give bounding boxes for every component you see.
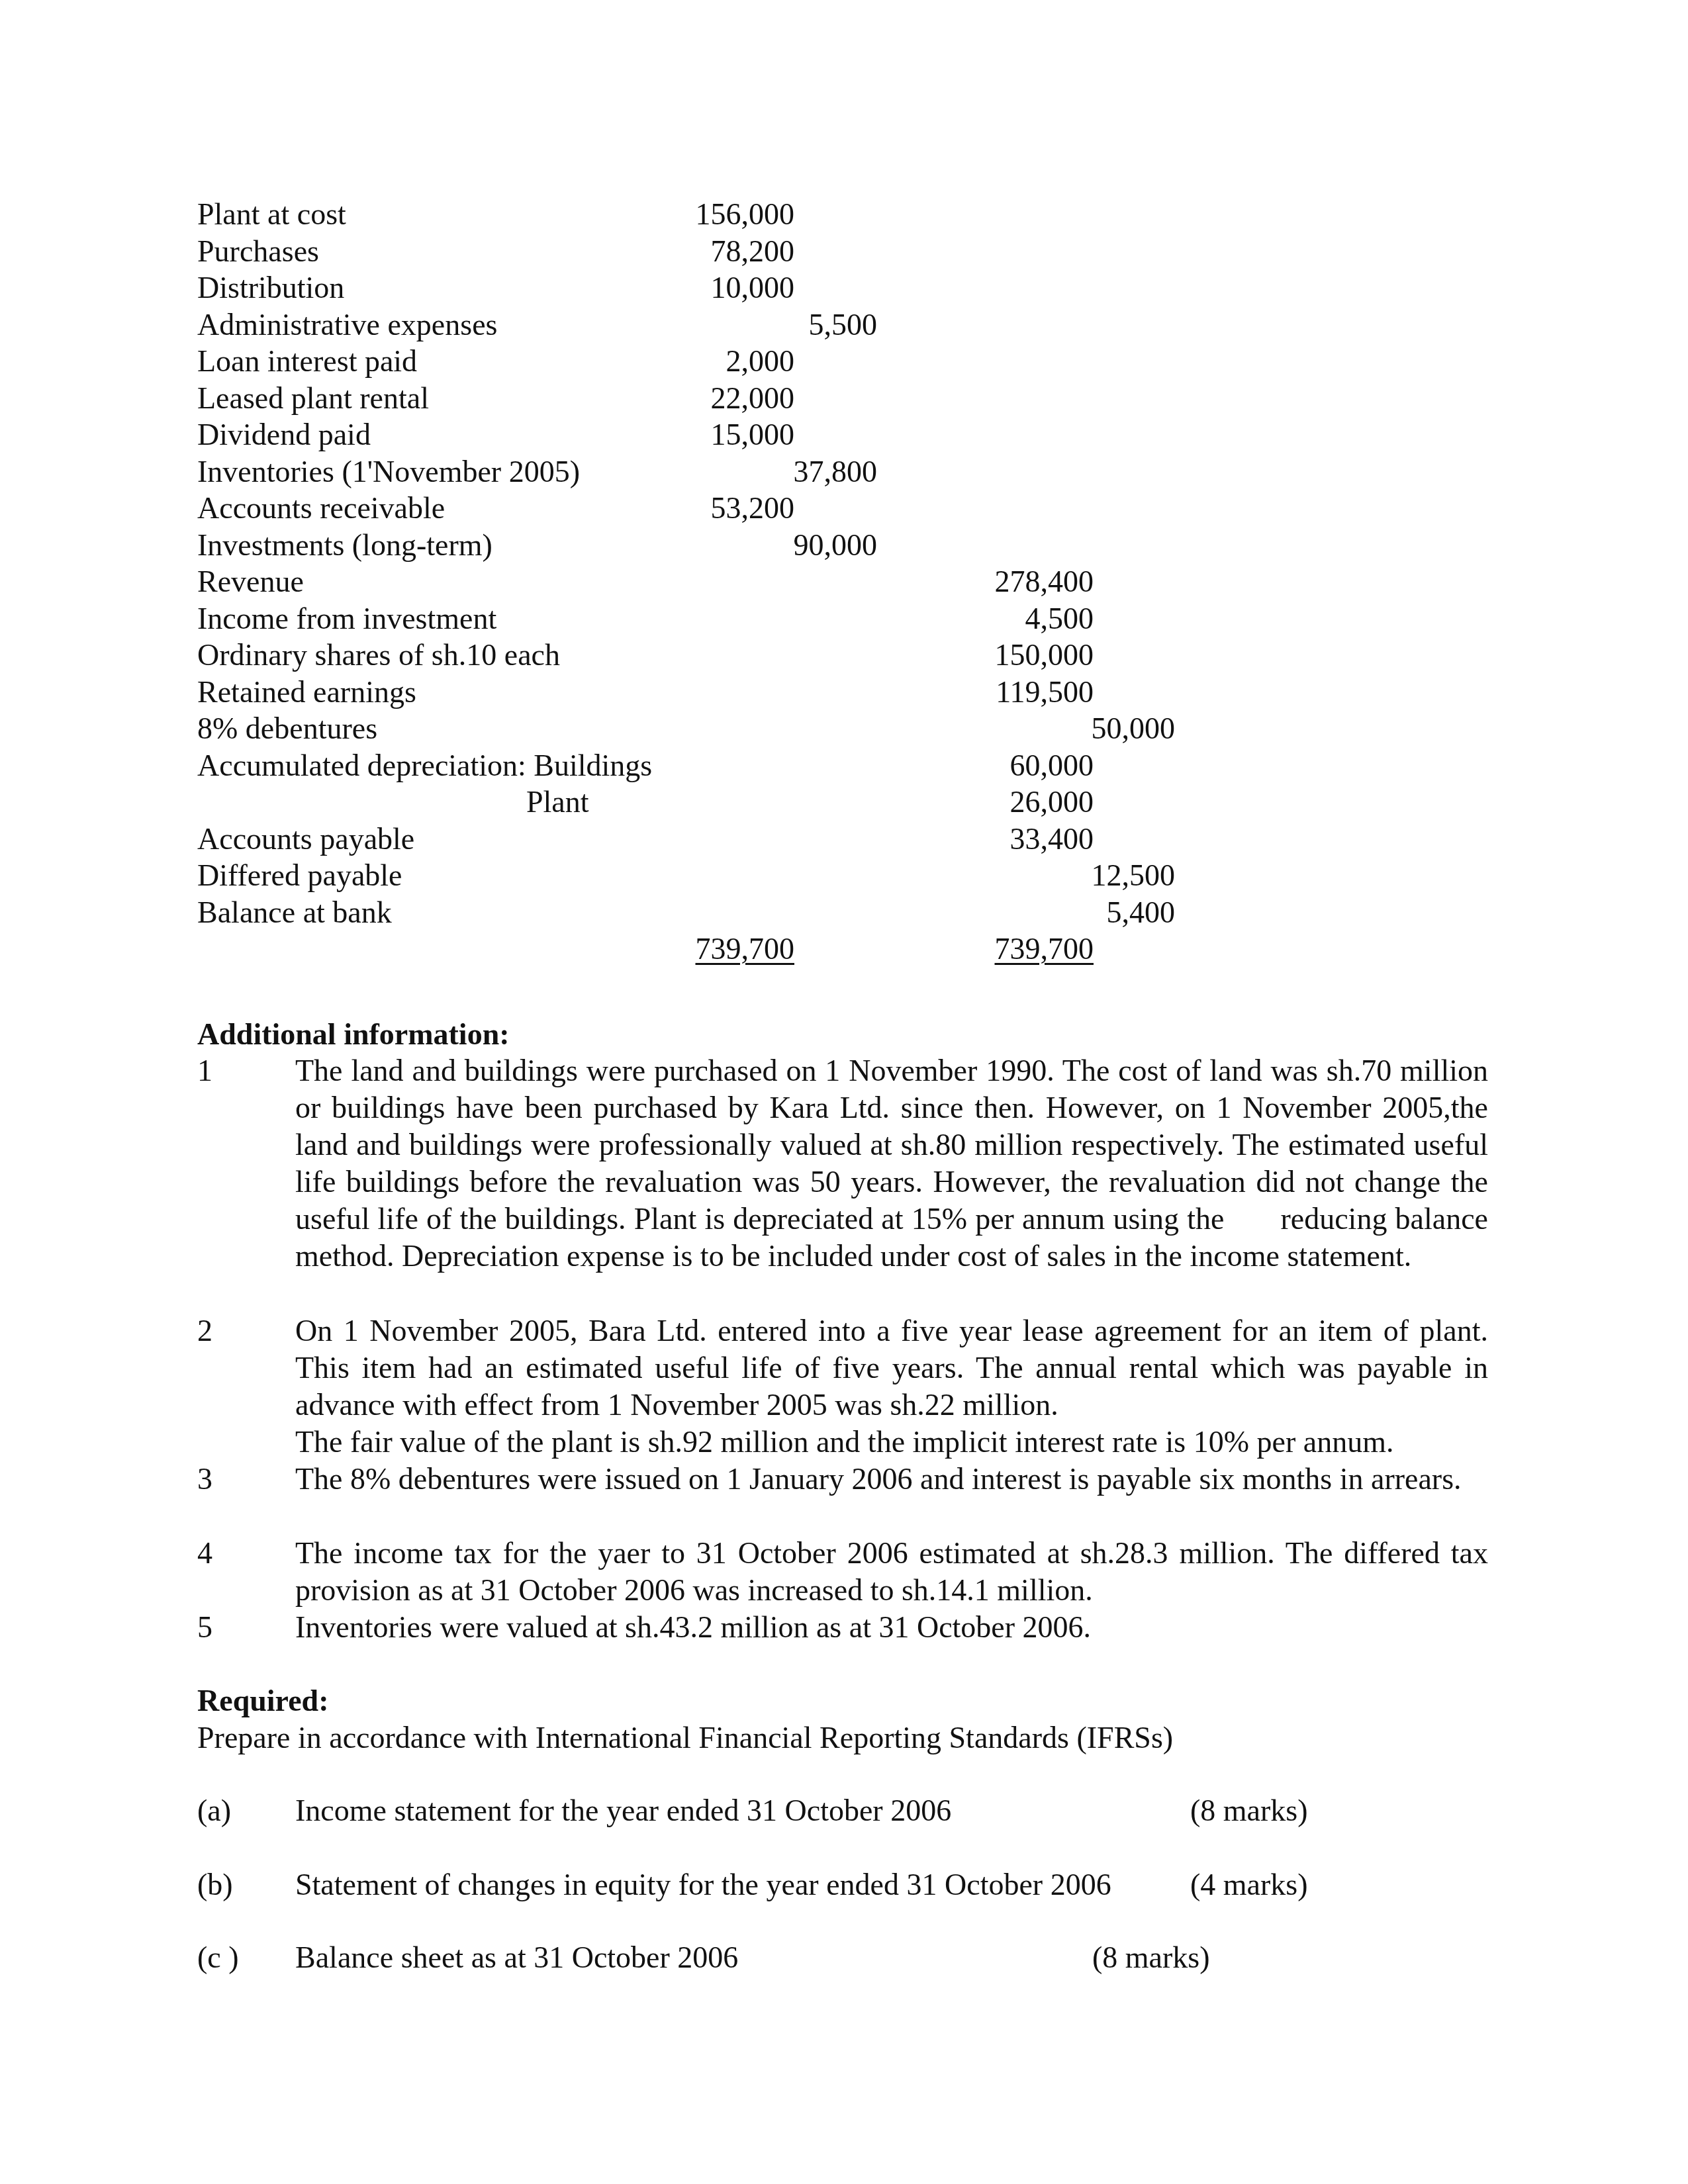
trial-balance-row: Plant26,000	[0, 784, 1688, 821]
trial-balance-row: Differed payable12,500	[0, 857, 1688, 894]
account-amount: 150,000	[995, 637, 1094, 674]
account-amount: 10,000	[711, 269, 795, 306]
account-amount: 5,500	[809, 306, 878, 343]
trial-balance-row: Inventories (1'November 2005)37,800	[0, 453, 1688, 490]
trial-balance-row: Income from investment4,500	[0, 600, 1688, 637]
account-amount: 53,200	[711, 490, 795, 527]
account-amount: 15,000	[711, 416, 795, 453]
account-label: Differed payable	[197, 857, 402, 894]
trial-balance-row: Accounts payable33,400	[0, 821, 1688, 858]
account-label: Accumulated depreciation: Buildings	[197, 747, 652, 784]
trial-balance-row: Distribution10,000	[0, 269, 1688, 306]
account-label: Distribution	[197, 269, 344, 306]
account-label: Plant at cost	[197, 196, 346, 233]
account-label: 8% debentures	[197, 710, 377, 747]
account-amount: 60,000	[1010, 747, 1094, 784]
note-number: 3	[197, 1461, 212, 1498]
item-label: (b)	[197, 1866, 233, 1903]
required-intro: Prepare in accordance with International…	[197, 1719, 1173, 1756]
item-text: Balance sheet as at 31 October 2006	[295, 1939, 738, 1976]
account-label: Retained earnings	[197, 674, 416, 711]
note-number: 4	[197, 1535, 212, 1572]
trial-balance-row: 8% debentures50,000	[0, 710, 1688, 747]
item-marks: (8 marks)	[1190, 1792, 1308, 1829]
account-amount: 119,500	[996, 674, 1094, 711]
account-amount: 4,500	[1025, 600, 1094, 637]
account-label: Inventories (1'November 2005)	[197, 453, 580, 490]
account-label: Loan interest paid	[197, 343, 417, 380]
note-text: The land and buildings were purchased on…	[295, 1052, 1488, 1275]
required-heading: Required:	[197, 1682, 329, 1719]
account-label: Administrative expenses	[197, 306, 498, 343]
additional-info-heading: Additional information:	[197, 1016, 510, 1053]
account-label: Leased plant rental	[197, 380, 429, 417]
item-marks: (8 marks)	[1092, 1939, 1210, 1976]
trial-balance-row: Accumulated depreciation: Buildings60,00…	[0, 747, 1688, 784]
account-amount: 2,000	[726, 343, 795, 380]
account-label: Ordinary shares of sh.10 each	[197, 637, 560, 674]
trial-balance-row: Dividend paid15,000	[0, 416, 1688, 453]
note-text: The 8% debentures were issued on 1 Janua…	[295, 1461, 1488, 1498]
account-amount: 26,000	[1010, 784, 1094, 821]
item-text: Statement of changes in equity for the y…	[295, 1866, 1111, 1903]
account-label: Accounts receivable	[197, 490, 445, 527]
trial-balance-row: Investments (long-term)90,000	[0, 527, 1688, 564]
account-amount: 90,000	[794, 527, 878, 564]
account-amount: 33,400	[1010, 821, 1094, 858]
debit-total: 739,700	[696, 931, 795, 968]
note-number: 2	[197, 1312, 212, 1349]
account-amount: 156,000	[696, 196, 795, 233]
trial-balance-row: Purchases78,200	[0, 233, 1688, 270]
trial-balance-row: Retained earnings119,500	[0, 674, 1688, 711]
note-text: The income tax for the yaer to 31 Octobe…	[295, 1535, 1488, 1609]
account-label: Income from investment	[197, 600, 496, 637]
trial-balance-row: Loan interest paid2,000	[0, 343, 1688, 380]
trial-balance-row: Ordinary shares of sh.10 each150,000	[0, 637, 1688, 674]
account-label: Dividend paid	[197, 416, 371, 453]
trial-balance-row: Accounts receivable53,200	[0, 490, 1688, 527]
account-amount: 278,400	[995, 563, 1094, 600]
note-text: Inventories were valued at sh.43.2 milli…	[295, 1609, 1488, 1646]
item-marks: (4 marks)	[1190, 1866, 1308, 1903]
credit-total: 739,700	[995, 931, 1094, 968]
trial-balance-row: Leased plant rental22,000	[0, 380, 1688, 417]
item-label: (a)	[197, 1792, 231, 1829]
account-label: Plant	[526, 784, 589, 821]
trial-balance-row: Balance at bank5,400	[0, 894, 1688, 931]
account-amount: 37,800	[794, 453, 878, 490]
trial-balance-row: Revenue278,400	[0, 563, 1688, 600]
account-label: Balance at bank	[197, 894, 392, 931]
account-amount: 50,000	[1092, 710, 1176, 747]
account-label: Purchases	[197, 233, 319, 270]
account-label: Accounts payable	[197, 821, 414, 858]
note-text: On 1 November 2005, Bara Ltd. entered in…	[295, 1312, 1488, 1461]
note-number: 1	[197, 1052, 212, 1089]
account-amount: 5,400	[1107, 894, 1176, 931]
trial-balance-row: Plant at cost156,000	[0, 196, 1688, 233]
item-text: Income statement for the year ended 31 O…	[295, 1792, 951, 1829]
item-label: (c )	[197, 1939, 239, 1976]
trial-balance-row: Administrative expenses5,500	[0, 306, 1688, 343]
account-amount: 78,200	[711, 233, 795, 270]
account-label: Investments (long-term)	[197, 527, 492, 564]
note-number: 5	[197, 1609, 212, 1646]
account-amount: 22,000	[711, 380, 795, 417]
exam-page: Plant at cost156,000Purchases78,200Distr…	[0, 0, 1688, 2184]
account-label: Revenue	[197, 563, 304, 600]
trial-balance-totals: 739,700739,700	[0, 931, 1688, 968]
account-amount: 12,500	[1092, 857, 1176, 894]
